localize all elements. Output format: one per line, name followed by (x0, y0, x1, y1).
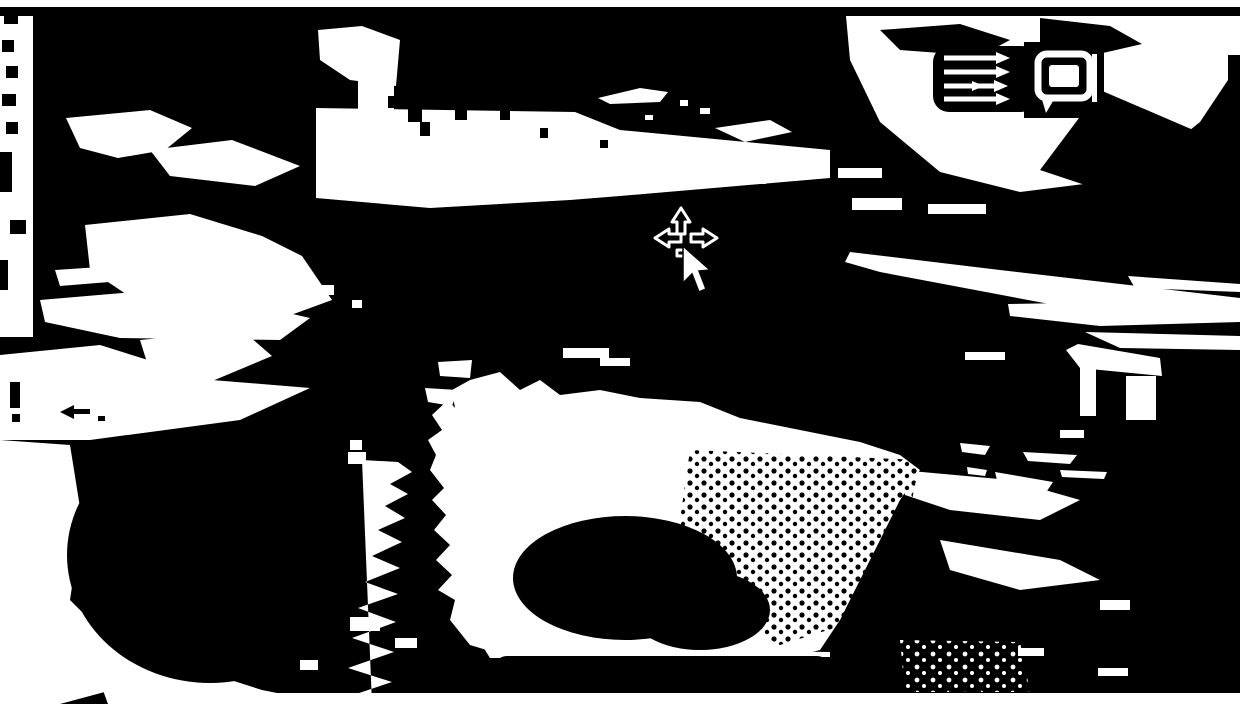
speech-bubble-marker-icon[interactable] (1024, 42, 1104, 118)
panorama-photo[interactable] (0, 0, 1240, 704)
panorama-viewer-window (0, 0, 1240, 704)
gravel-texture-right (900, 640, 1030, 692)
motion-lines-icon (933, 46, 1037, 112)
